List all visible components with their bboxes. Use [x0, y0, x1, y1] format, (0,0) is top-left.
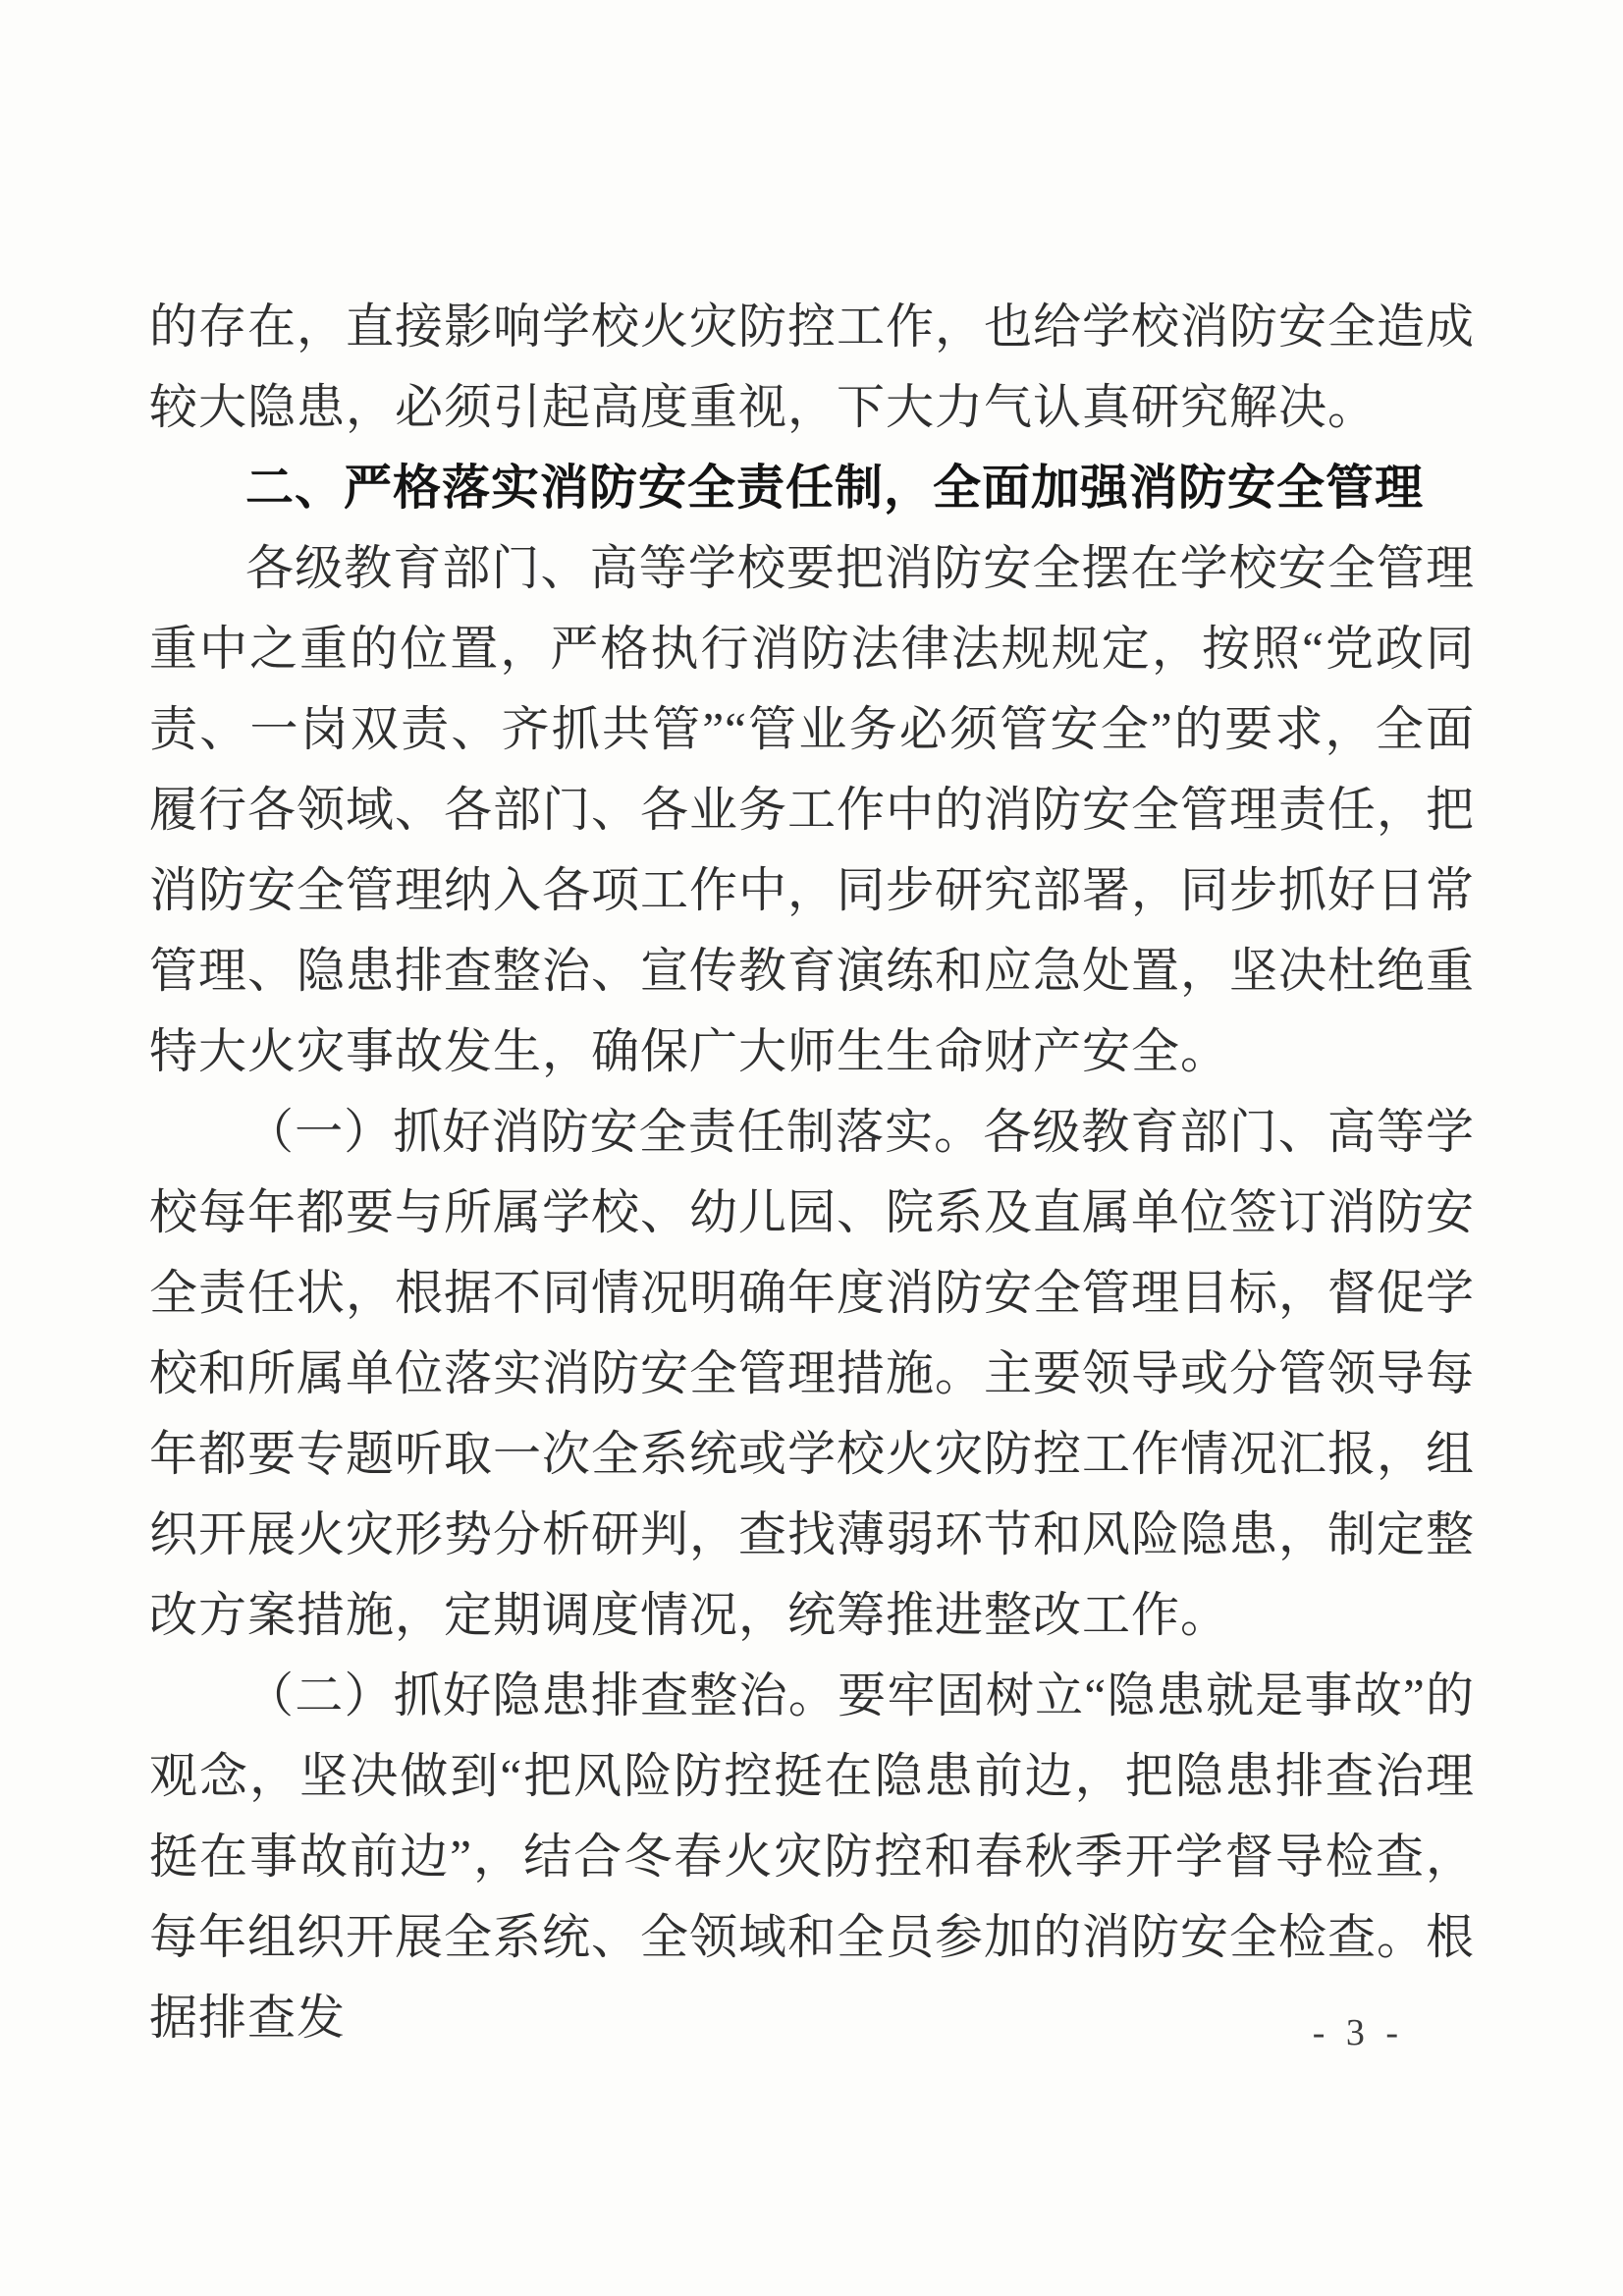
section-heading: 二、严格落实消防安全责任制，全面加强消防安全管理	[149, 448, 1475, 528]
page-number: - 3 -	[1313, 2011, 1404, 2054]
paragraph-item-one: （一）抓好消防安全责任制落实。各级教育部门、高等学校每年都要与所属学校、幼儿园、…	[149, 1092, 1475, 1656]
paragraph-continuation: 的存在，直接影响学校火灾防控工作，也给学校消防安全造成较大隐患，必须引起高度重视…	[149, 287, 1475, 448]
paragraph-responsibility: 各级教育部门、高等学校要把消防安全摆在学校安全管理重中之重的位置，严格执行消防法…	[149, 528, 1475, 1092]
paragraph-item-two: （二）抓好隐患排查整治。要牢固树立“隐患就是事故”的观念，坚决做到“把风险防控挺…	[149, 1656, 1475, 2058]
document-page: 的存在，直接影响学校火灾防控工作，也给学校消防安全造成较大隐患，必须引起高度重视…	[0, 0, 1623, 2296]
